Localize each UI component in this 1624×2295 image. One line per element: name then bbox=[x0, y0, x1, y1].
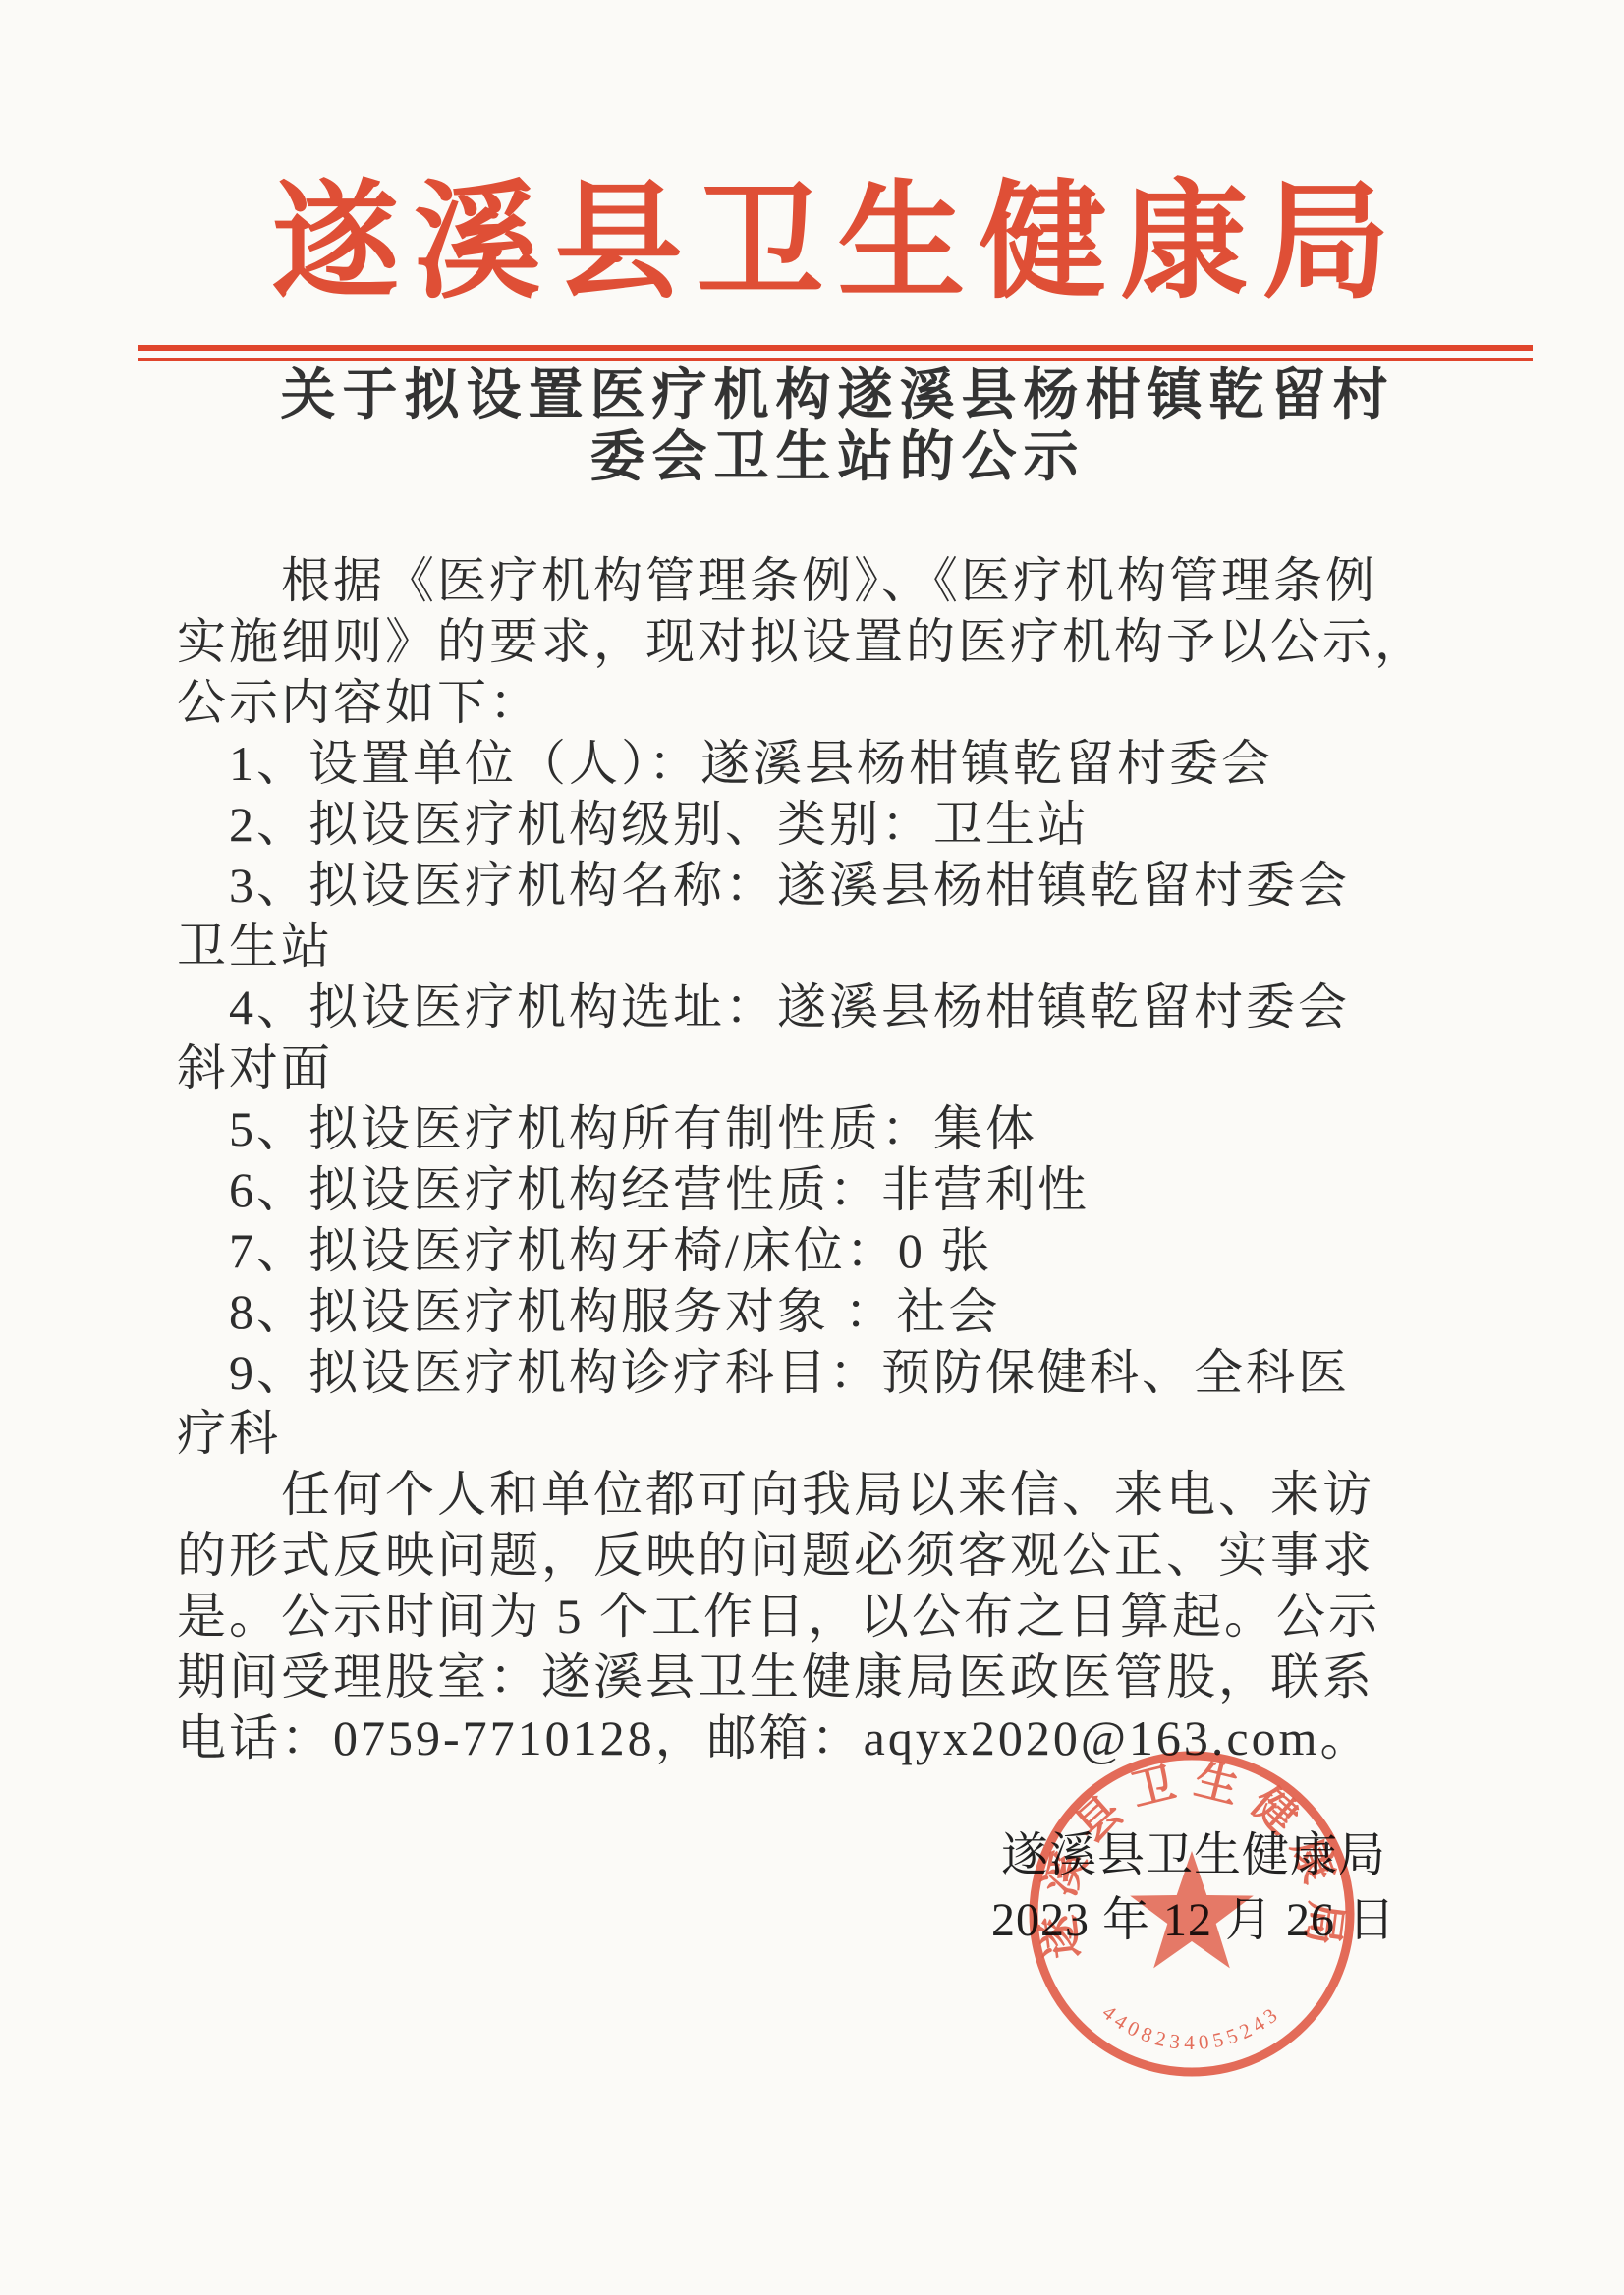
scanned-notice-page: 遂溪县卫生健康局 关于拟设置医疗机构遂溪县杨柑镇乾留村 委会卫生站的公示 根据《… bbox=[0, 0, 1624, 2295]
notice-body: 根据《医疗机构管理条例》、《医疗机构管理条例 实施细则》的要求，现对拟设置的医疗… bbox=[177, 550, 1493, 1768]
body-line: 4、拟设医疗机构选址：遂溪县杨柑镇乾留村委会 bbox=[177, 977, 1493, 1037]
body-line: 是。公示时间为 5 个工作日，以公布之日算起。公示 bbox=[177, 1586, 1493, 1647]
body-line: 期间受理股室：遂溪县卫生健康局医政医管股，联系 bbox=[177, 1647, 1493, 1707]
body-line: 3、拟设医疗机构名称：遂溪县杨柑镇乾留村委会 bbox=[177, 855, 1493, 916]
body-line: 公示内容如下： bbox=[177, 672, 1493, 733]
body-line: 7、拟设医疗机构牙椅/床位：0 张 bbox=[177, 1220, 1493, 1281]
official-seal: 遂溪县卫生健康局 4408234055243 bbox=[1025, 1747, 1359, 2081]
body-line: 5、拟设医疗机构所有制性质：集体 bbox=[177, 1098, 1493, 1159]
letterhead-title: 遂溪县卫生健康局 bbox=[26, 175, 1624, 312]
body-line: 根据《医疗机构管理条例》、《医疗机构管理条例 bbox=[177, 550, 1493, 611]
body-line: 的形式反映问题，反映的问题必须客观公正、实事求 bbox=[177, 1525, 1493, 1586]
notice-title-line2: 委会卫生站的公示 bbox=[26, 427, 1624, 489]
body-line: 8、拟设医疗机构服务对象 ：社会 bbox=[177, 1281, 1493, 1342]
body-line: 卫生站 bbox=[177, 916, 1493, 977]
body-line: 实施细则》的要求，现对拟设置的医疗机构予以公示， bbox=[177, 611, 1493, 672]
notice-title-line1: 关于拟设置医疗机构遂溪县杨柑镇乾留村 bbox=[26, 365, 1624, 427]
body-line: 1、设置单位（人）：遂溪县杨柑镇乾留村委会 bbox=[177, 733, 1493, 794]
seal-serial-number: 4408234055243 bbox=[1098, 2000, 1286, 2054]
body-line: 6、拟设医疗机构经营性质：非营利性 bbox=[177, 1159, 1493, 1220]
body-line: 2、拟设医疗机构级别、类别：卫生站 bbox=[177, 794, 1493, 855]
top-rule-thin bbox=[138, 358, 1533, 361]
notice-title: 关于拟设置医疗机构遂溪县杨柑镇乾留村 委会卫生站的公示 bbox=[26, 365, 1624, 489]
top-rule-thick bbox=[138, 345, 1533, 351]
body-line: 任何个人和单位都可向我局以来信、来电、来访 bbox=[177, 1464, 1493, 1525]
body-line: 疗科 bbox=[177, 1403, 1493, 1464]
seal-star-icon bbox=[1130, 1851, 1254, 1968]
body-line: 9、拟设医疗机构诊疗科目：预防保健科、全科医 bbox=[177, 1342, 1493, 1403]
body-line: 斜对面 bbox=[177, 1037, 1493, 1098]
